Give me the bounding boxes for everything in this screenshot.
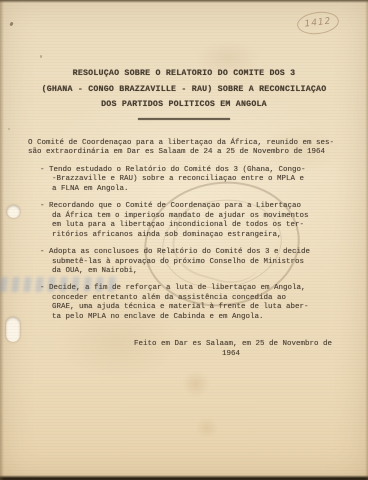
bullet-line: em luta para a libertaçao incondicional … xyxy=(52,221,346,230)
bullet-item: - Adopta as conclusoes do Relatório do C… xyxy=(28,248,346,276)
paper-speck xyxy=(40,55,42,58)
bullet-line: submetê-las à aprovaçao do próximo Conse… xyxy=(52,258,346,267)
bullet-line: - Adopta as conclusoes do Relatório do C… xyxy=(40,248,346,257)
handwritten-archive-number: 1412 xyxy=(296,10,340,37)
title-line-1: RESOLUÇAO SOBRE O RELATORIO DO COMITE DO… xyxy=(0,66,368,82)
bullet-line: ritórios africanos ainda sob dominaçao e… xyxy=(52,231,346,240)
bullet-line: a FLNA em Angola. xyxy=(52,185,346,194)
bullet-line: da OUA, em Nairobi, xyxy=(52,267,346,276)
bullet-line: ta pelo MPLA no enclave de Cabinda e em … xyxy=(52,313,346,322)
bullet-line: - Recordando que o Comité de Coordenaçao… xyxy=(40,202,346,211)
bullet-line: GRAE, uma ajuda técnica e material à fre… xyxy=(52,303,346,312)
intro-line: são extraordinária em Dar es Salaam de 2… xyxy=(28,148,346,157)
bullet-line: -Brazzaville e RAU) sobre a reconciliaça… xyxy=(52,175,346,184)
paper-speck xyxy=(9,22,14,27)
bullet-line: da África tem o imperioso mandato de aju… xyxy=(52,212,346,221)
bullet-item: - Decide, a fim de reforçar a luta de li… xyxy=(28,284,346,322)
document-footer: Feito em Dar es Salaam, em 25 de Novembr… xyxy=(134,339,332,359)
page-bottom-edge xyxy=(0,475,368,480)
footer-line: Feito em Dar es Salaam, em 25 de Novembr… xyxy=(134,339,332,349)
bullet-line: - Tendo estudado o Relatório do Comité d… xyxy=(40,166,346,175)
title-line-3: DOS PARTIDOS POLITICOS EM ANGOLA xyxy=(0,97,368,113)
bullet-item: - Tendo estudado o Relatório do Comité d… xyxy=(28,166,346,194)
page-top-edge xyxy=(0,0,368,3)
punch-hole xyxy=(6,317,20,342)
title-underline xyxy=(138,118,230,120)
bullet-line: - Decide, a fim de reforçar a luta de li… xyxy=(40,284,346,293)
bullet-item: - Recordando que o Comité de Coordenaçao… xyxy=(28,202,346,240)
title-line-2: (GHANA - CONGO BRAZZAVILLE - RAU) SOBRE … xyxy=(0,82,368,98)
document-body: O Comité de Coordenaçao para a libertaça… xyxy=(28,139,346,322)
bullet-line: conceder entretanto além da assistência … xyxy=(52,294,346,303)
scanned-document-page: 1412 RESOLUÇAO SOBRE O RELATORIO DO COMI… xyxy=(0,0,368,480)
punch-hole xyxy=(7,205,20,218)
paper-speck xyxy=(8,128,10,130)
document-title: RESOLUÇAO SOBRE O RELATORIO DO COMITE DO… xyxy=(0,66,368,120)
footer-year: 1964 xyxy=(222,349,332,359)
